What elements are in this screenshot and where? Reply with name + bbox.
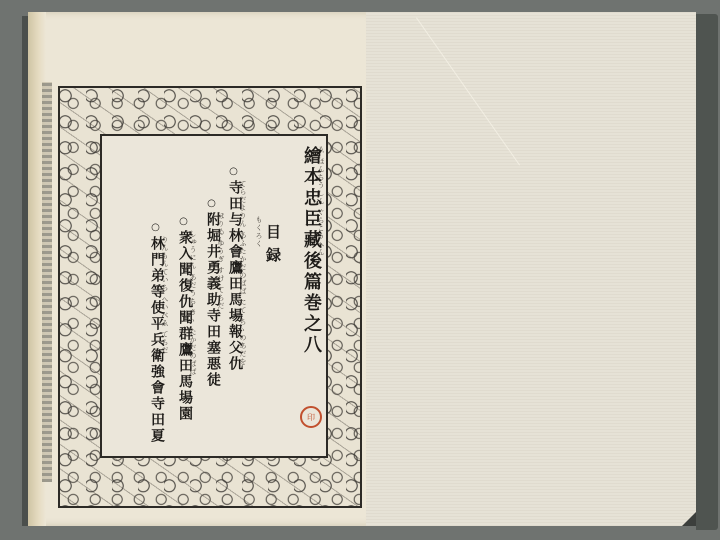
toc-item-marker: ○ (228, 166, 238, 177)
toc-item-ruby: ほりゐ ゆうぎ すけ てらだ (216, 212, 226, 310)
toc-item-ruby: てらだよりん あふたかだのばば にて ちゝのあだを (238, 180, 248, 366)
open-book: ゑ ほんちうしん ぐらこうへん 繪本忠臣藏後篇巻之八 印 もくろく 目録 ○ 寺… (20, 8, 700, 528)
toc-item-ruby: しゅうにん あだうち きゝ たかだのばば (188, 230, 198, 376)
binding-strip (42, 82, 52, 482)
paper-crease (416, 17, 520, 165)
toc-heading: 目録 (265, 224, 280, 270)
toc-item-marker: ○ (178, 216, 188, 227)
left-page: ゑ ほんちうしん ぐらこうへん 繪本忠臣藏後篇巻之八 印 もくろく 目録 ○ 寺… (28, 12, 376, 526)
right-page-blank (366, 12, 696, 526)
table-of-contents-panel: ゑ ほんちうしん ぐらこうへん 繪本忠臣藏後篇巻之八 印 もくろく 目録 ○ 寺… (100, 134, 328, 458)
toc-heading-ruby: もくろく (254, 216, 264, 248)
toc-item-ruby: りんもんていら へいべゑ てらだ (160, 236, 170, 354)
red-seal-stamp: 印 (300, 406, 322, 428)
illustrated-border-frame: ゑ ほんちうしん ぐらこうへん 繪本忠臣藏後篇巻之八 印 もくろく 目録 ○ 寺… (58, 86, 362, 508)
page-corner (682, 512, 696, 526)
toc-item-marker: ○ (206, 198, 216, 209)
toc-item-marker: ○ (150, 222, 160, 233)
right-cover-edge (696, 14, 718, 530)
volume-title: 繪本忠臣藏後篇巻之八 (302, 146, 320, 356)
